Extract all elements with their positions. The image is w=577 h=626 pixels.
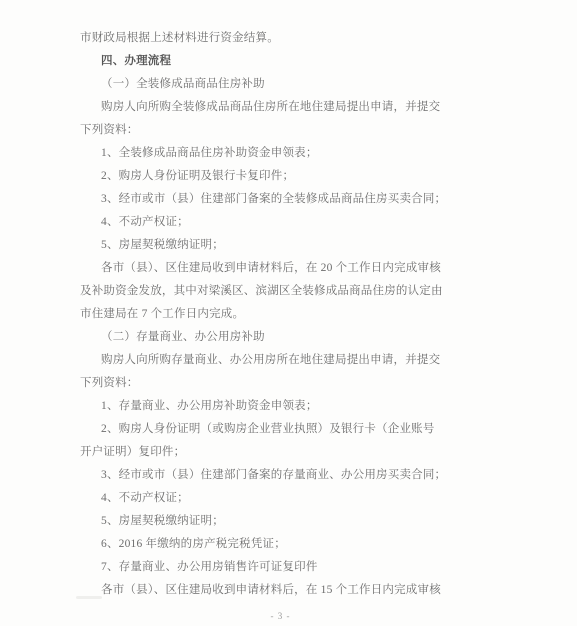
document-line: 开户证明）复印件； xyxy=(80,441,450,464)
document-line: 3、经市或市（县）住建部门备案的全装修成品商品住房买卖合同； xyxy=(80,188,450,211)
document-line: 购房人向所购全装修成品商品住房所在地住建局提出申请，并提交 xyxy=(80,96,450,119)
document-line: 各市（县）、区住建局收到申请材料后，在 15 个工作日内完成审核 xyxy=(80,579,450,602)
document-line: 1、存量商业、办公用房补助资金申领表； xyxy=(80,395,450,418)
document-line: 购房人向所购存量商业、办公用房所在地住建局提出申请，并提交 xyxy=(80,349,450,372)
document-line: 市住建局在 7 个工作日内完成。 xyxy=(80,303,450,326)
document-line: （一）全装修成品商品住房补助 xyxy=(80,73,450,96)
document-line: 5、房屋契税缴纳证明； xyxy=(80,510,450,533)
document-line: 下列资料： xyxy=(80,372,450,395)
document-line: 7、存量商业、办公用房销售许可证复印件 xyxy=(80,556,450,579)
document-body: 市财政局根据上述材料进行资金结算。四、办理流程（一）全装修成品商品住房补助购房人… xyxy=(80,27,450,602)
document-line: 2、购房人身份证明及银行卡复印件； xyxy=(80,165,450,188)
document-line: 各市（县）、区住建局收到申请材料后，在 20 个工作日内完成审核 xyxy=(80,257,450,280)
document-line: 及补助资金发放，其中对梁溪区、滨湖区全装修成品商品住房的认定由 xyxy=(80,280,450,303)
document-line: 下列资料： xyxy=(80,119,450,142)
document-line: 市财政局根据上述材料进行资金结算。 xyxy=(80,27,450,50)
document-line: 四、办理流程 xyxy=(80,50,450,73)
document-page: 市财政局根据上述材料进行资金结算。四、办理流程（一）全装修成品商品住房补助购房人… xyxy=(0,0,577,626)
document-line: 1、全装修成品商品住房补助资金申领表； xyxy=(80,142,450,165)
document-line: 3、经市或市（县）住建部门备案的存量商业、办公用房买卖合同； xyxy=(80,464,450,487)
document-line: 2、购房人身份证明（或购房企业营业执照）及银行卡（企业账号 xyxy=(80,418,450,441)
document-line: 4、不动产权证； xyxy=(80,211,450,234)
document-line: 6、2016 年缴纳的房产税完税凭证； xyxy=(80,533,450,556)
scan-smudge xyxy=(76,596,102,599)
document-line: （二）存量商业、办公用房补助 xyxy=(80,326,450,349)
document-line: 4、不动产权证； xyxy=(80,487,450,510)
document-line: 5、房屋契税缴纳证明； xyxy=(80,234,450,257)
page-number: - 3 - xyxy=(0,611,561,621)
